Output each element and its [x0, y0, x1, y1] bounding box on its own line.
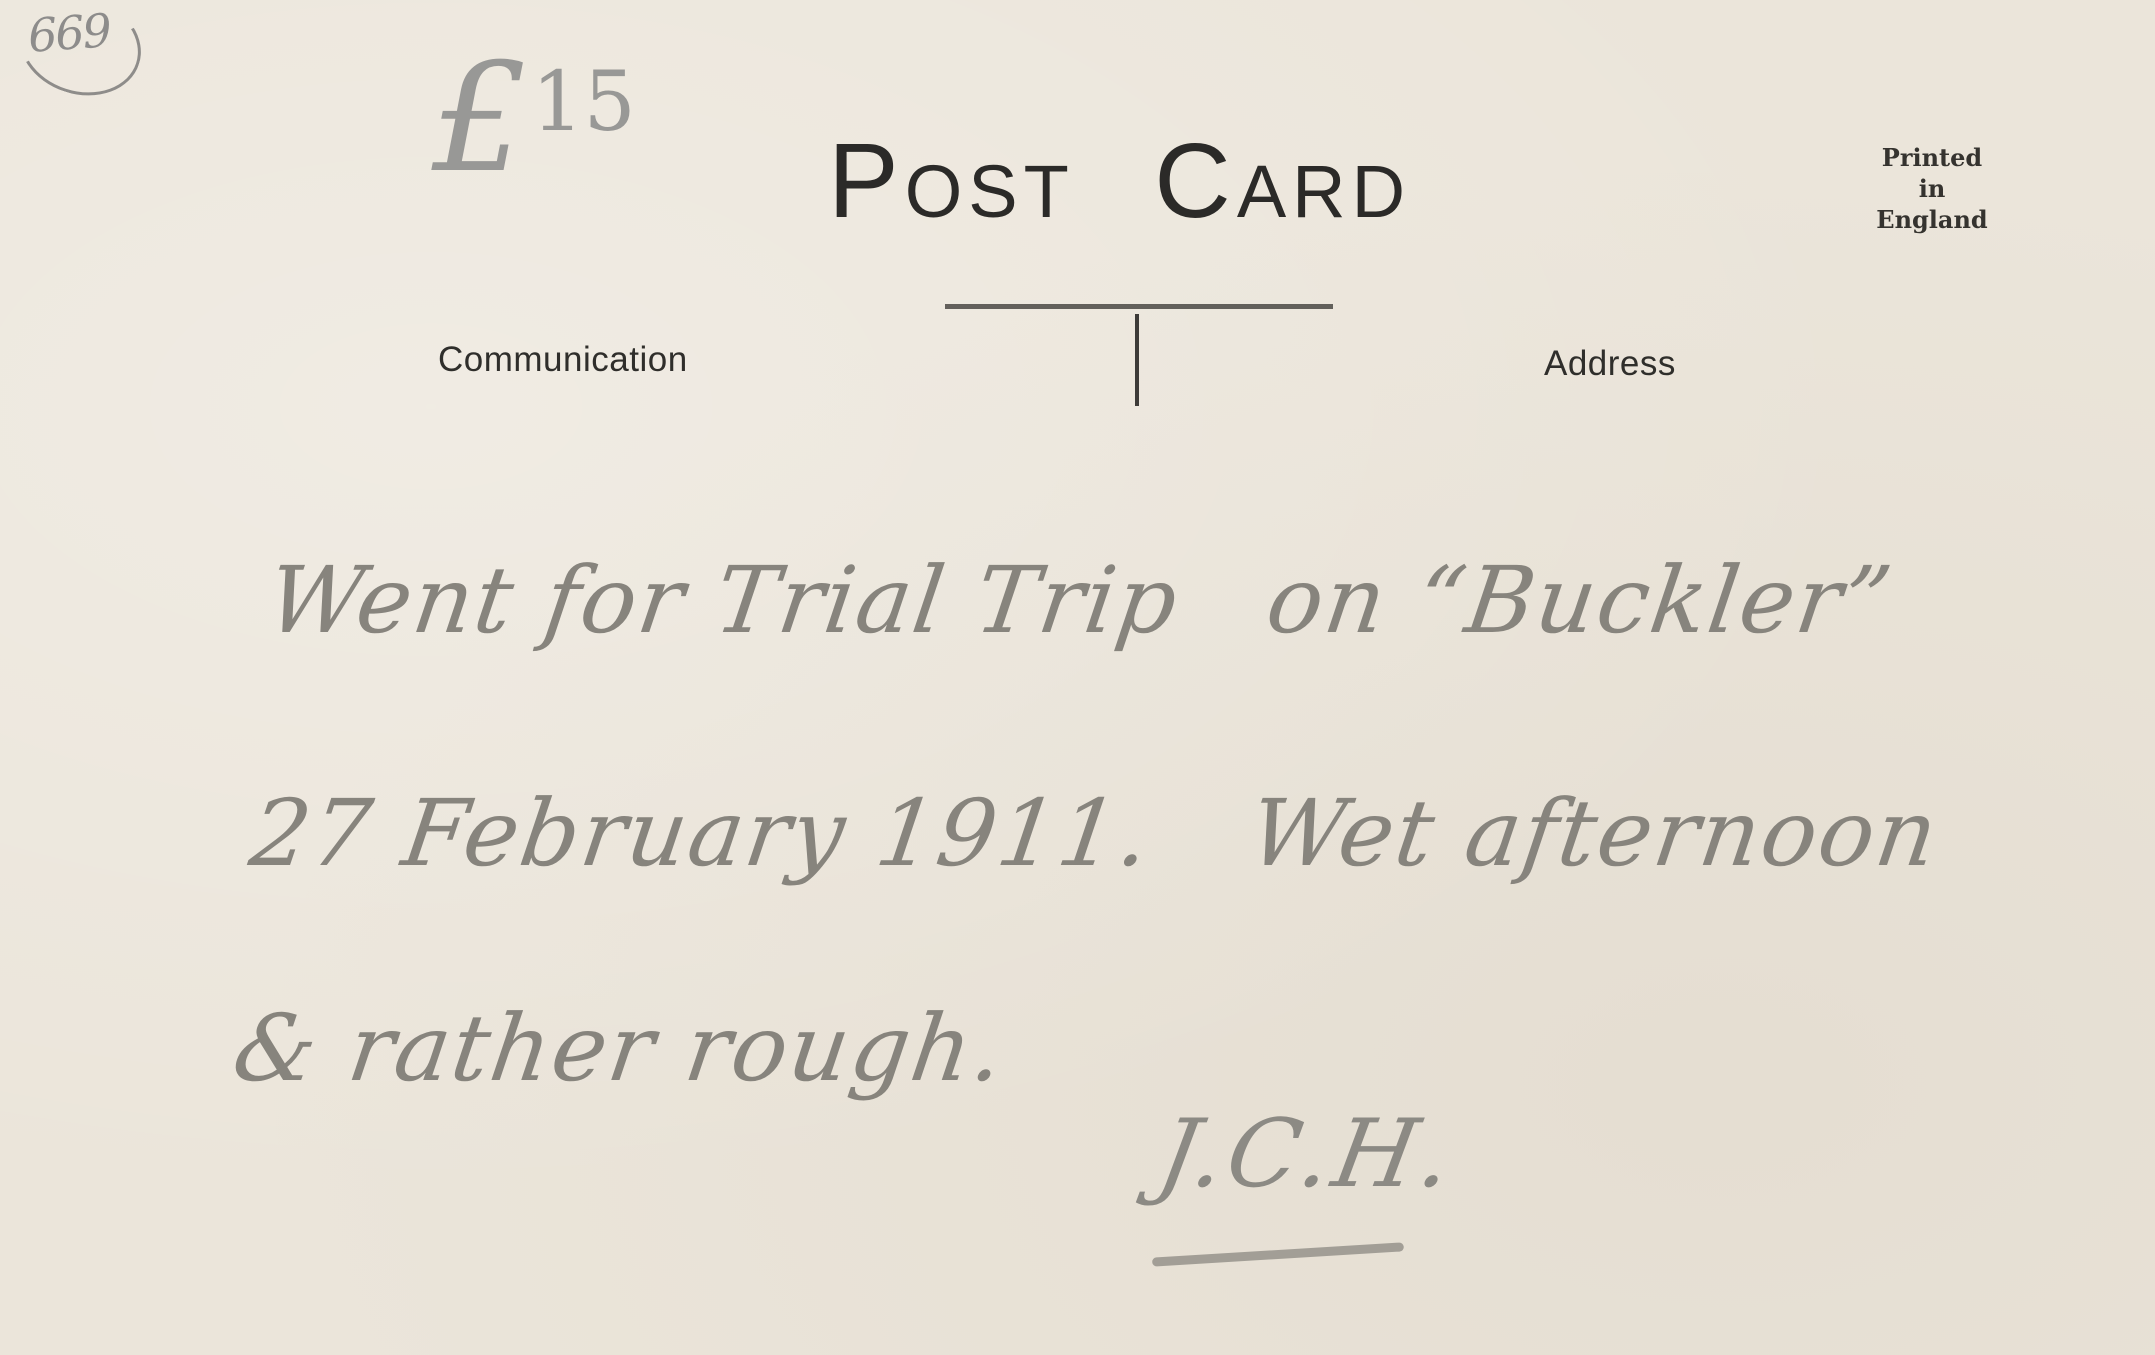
imprint-line-1: Printed	[1872, 142, 1992, 173]
message-line-1: Went for Trial Tripon “Buckler”	[262, 555, 1898, 647]
postcard-title: Post Card	[828, 128, 1411, 234]
message-line-3-text: & rather rough.	[227, 995, 1012, 1102]
ship-name: on “Buckler”	[1261, 547, 1900, 654]
pound-sign: £	[432, 32, 527, 206]
message-line-3: & rather rough.	[228, 1003, 1011, 1095]
divider-horizontal	[945, 304, 1333, 309]
signature-underline	[1152, 1242, 1404, 1266]
catalog-number: 669	[26, 3, 111, 63]
weather-note: Wet afternoon	[1243, 780, 1945, 887]
imprint-line-3: England	[1872, 204, 1992, 235]
printer-imprint: Printed in England	[1872, 142, 1992, 235]
communication-label: Communication	[438, 340, 688, 380]
postcard-back: 669 £15 Post Card Printed in England Com…	[0, 0, 2155, 1355]
signature: J.C.H.	[1152, 1108, 1463, 1202]
message-date: 27 February 1911.	[244, 780, 1158, 887]
price-amount: 15	[531, 55, 635, 150]
address-label: Address	[1544, 344, 1676, 384]
price-mark: £15	[432, 44, 632, 194]
divider-vertical	[1135, 314, 1139, 406]
imprint-line-2: in	[1872, 173, 1992, 204]
message-line-2: 27 February 1911.Wet afternoon	[245, 788, 1944, 880]
message-line-1-text: Went for Trial Trip	[261, 547, 1186, 654]
